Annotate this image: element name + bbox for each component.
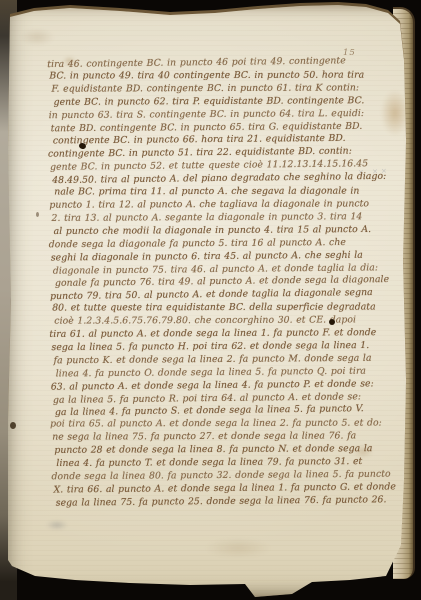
stain xyxy=(20,28,54,46)
ink-blot xyxy=(329,319,335,325)
ink-blot xyxy=(10,422,16,429)
stain xyxy=(205,538,271,558)
manuscript-page: 15 × ×× tira 46. contingente BC. in punc… xyxy=(0,0,421,600)
manuscript-line: F. equidistante BD. contingente BC. in p… xyxy=(51,82,373,96)
manuscript-photo: 15 × ×× tira 46. contingente BC. in punc… xyxy=(0,0,421,600)
stain xyxy=(381,90,409,136)
manuscript-text: tira 46. contingente BC. in puncto 46 po… xyxy=(50,56,376,510)
manuscript-line: nale BC. prima tira 11. al puncto A. che… xyxy=(54,186,376,200)
manuscript-line: BC. in puncto 49. tira 40 contingente BC… xyxy=(49,69,371,83)
ink-blot xyxy=(36,212,39,217)
manuscript-line: sega la linea 75. fa puncto 25. donde se… xyxy=(56,494,378,510)
stain xyxy=(46,520,68,530)
